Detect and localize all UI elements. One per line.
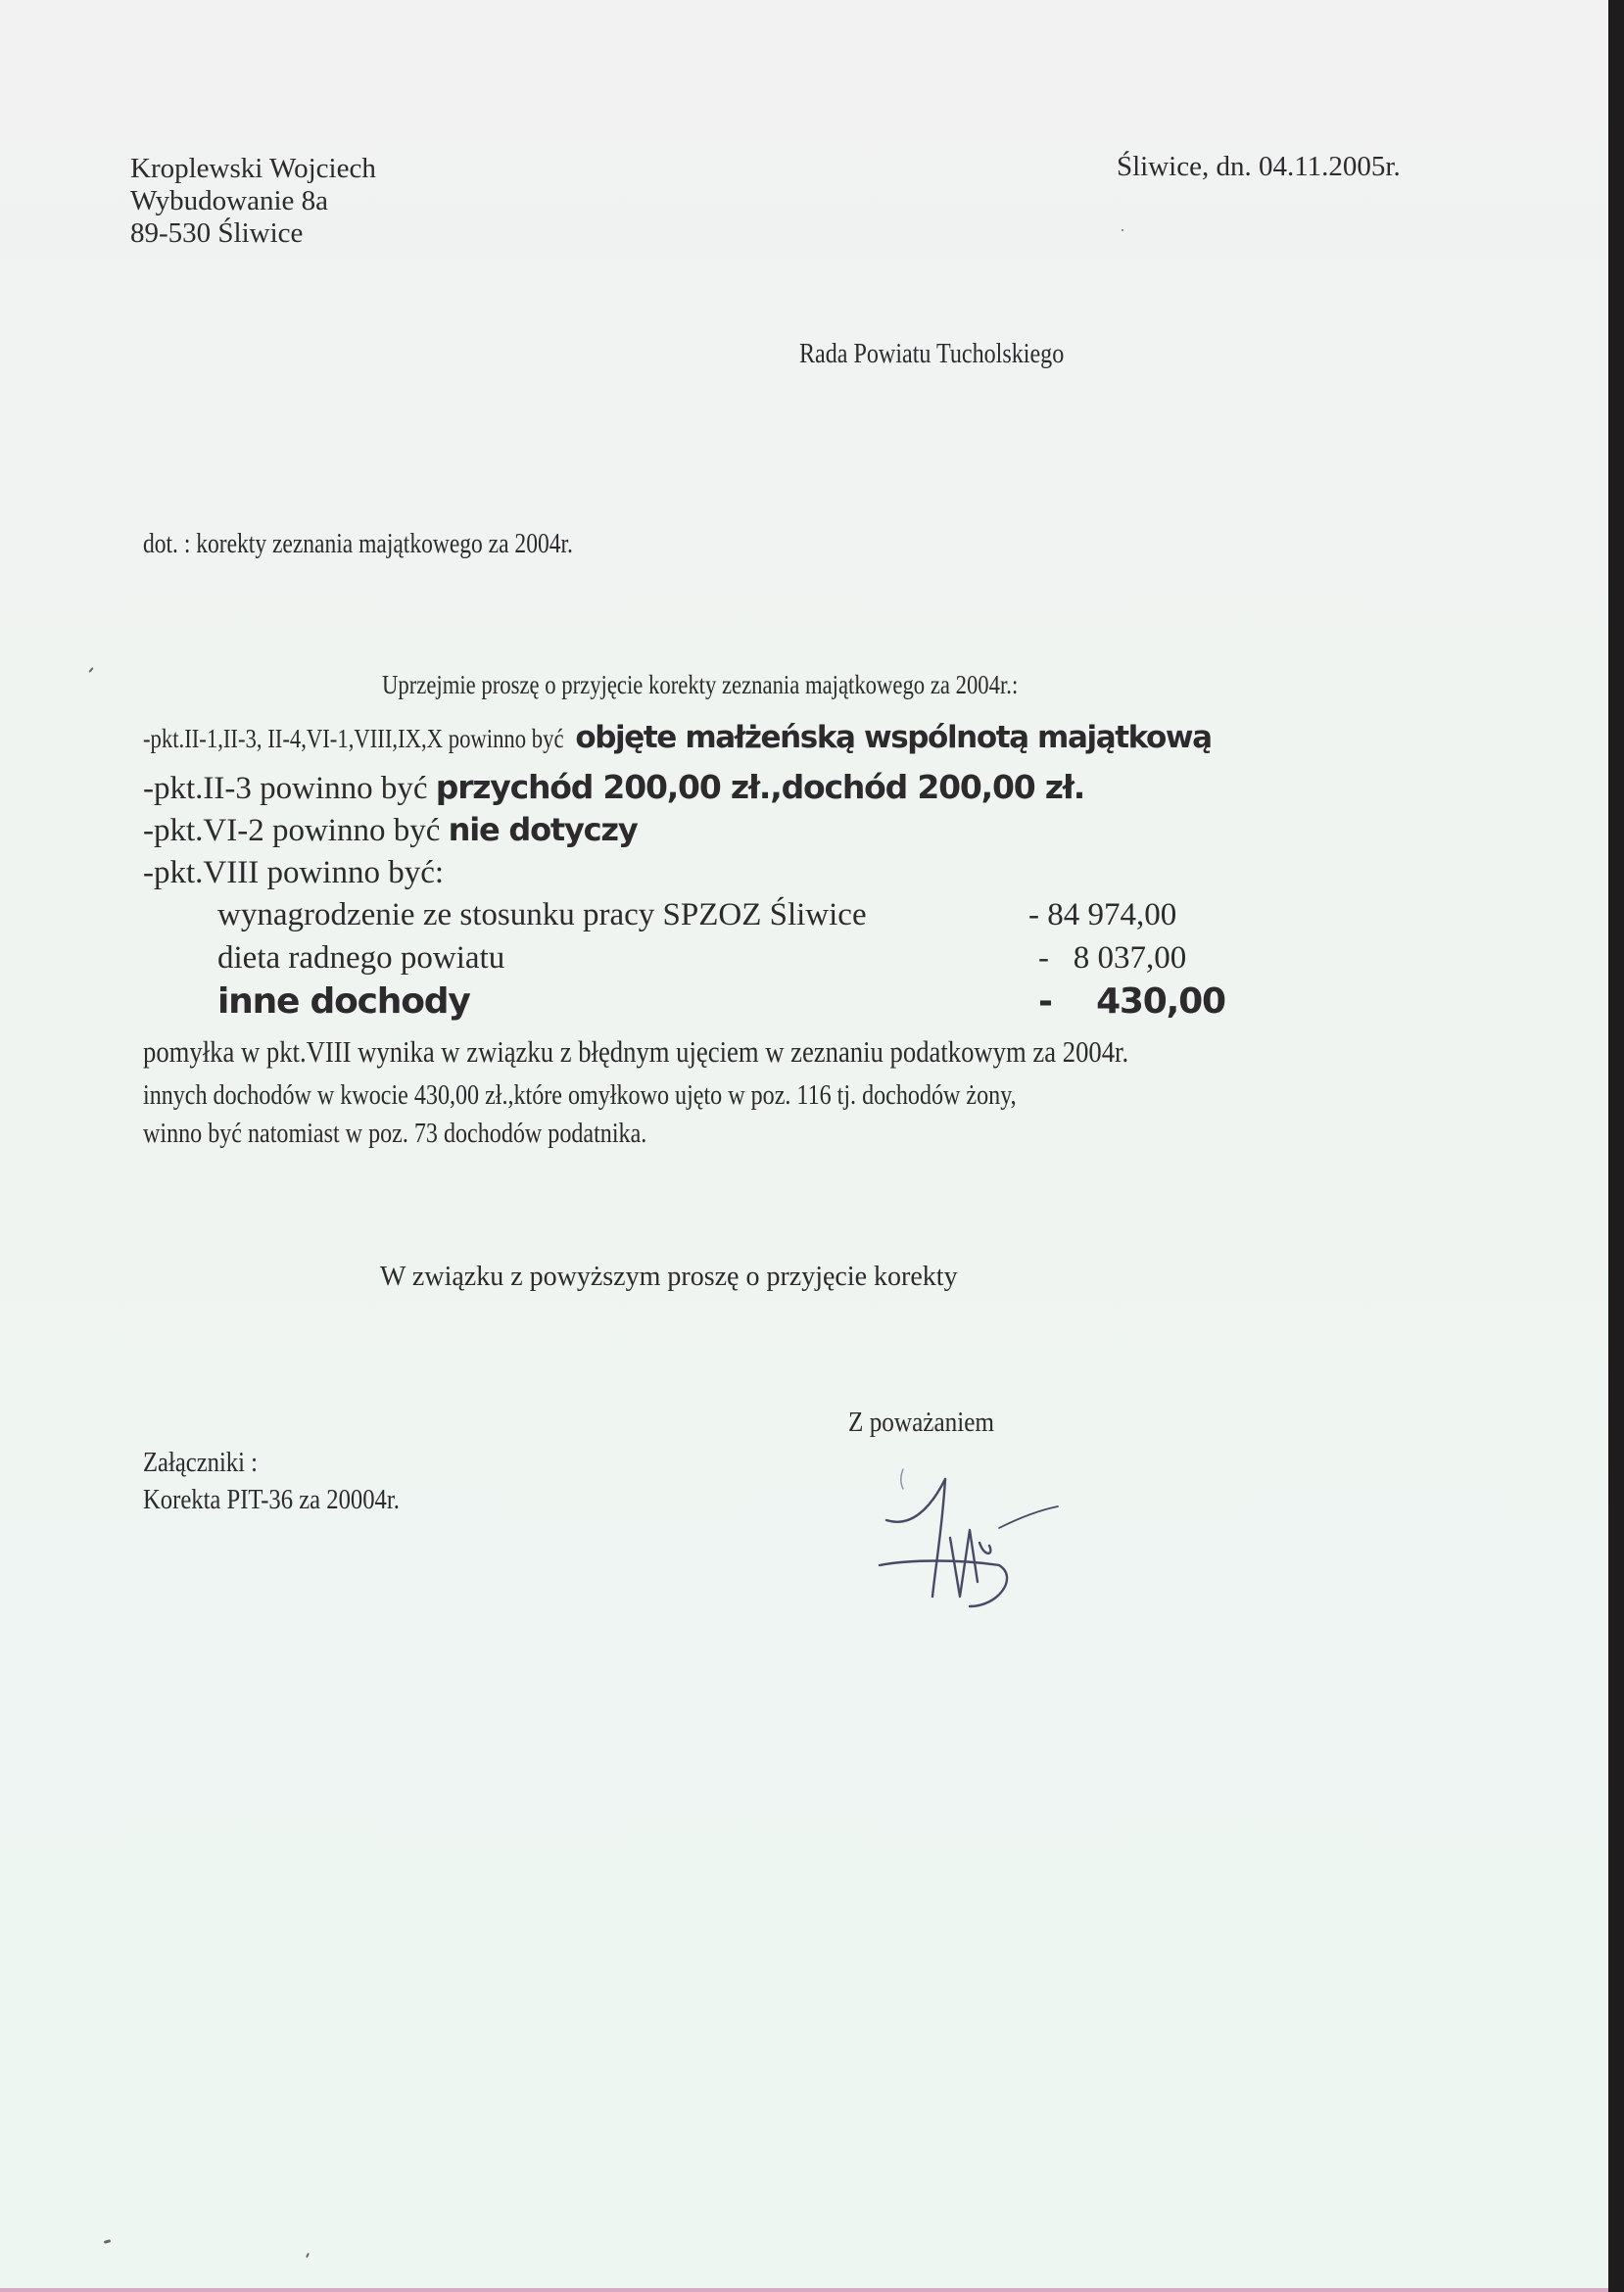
scan-edge [1608, 0, 1624, 2292]
recipient: Rada Powiatu Tucholskiego [799, 341, 1064, 368]
income-label: inne dochody [217, 984, 470, 1020]
correction-prefix: -pkt.VIII powinno być: [143, 855, 444, 890]
correction-item: -pkt.VI-2 powinno być nie dotyczy [143, 814, 638, 847]
scan-edge [0, 2288, 1608, 2292]
income-label: dieta radnego powiatu [217, 942, 504, 975]
scan-speck [88, 667, 93, 673]
explanation-line: pomyłka w pkt.VIII wynika w związku z bł… [143, 1036, 1128, 1067]
attachments-label: Załączniki : [143, 1450, 258, 1477]
body-intro: Uprzejmie proszę o przyjęcie korekty zez… [382, 672, 1018, 698]
income-label: wynagrodzenie ze stosunku pracy SPZOZ Śl… [217, 899, 867, 931]
correction-prefix: -pkt.II-3 powinno być [143, 771, 436, 806]
correction-prefix: -pkt.II-1,II-3, II-4,VI-1,VIII,IX,X powi… [143, 726, 564, 752]
signature-icon [852, 1450, 1087, 1616]
regards: Z poważaniem [848, 1409, 994, 1437]
sender-street: Wybudowanie 8a [130, 185, 376, 217]
scan-speck [1122, 229, 1123, 231]
sender-address: Kroplewski Wojciech Wybudowanie 8a 89-53… [130, 153, 376, 250]
sender-name: Kroplewski Wojciech [130, 153, 376, 185]
subject-line: dot. : korekty zeznania majątkowego za 2… [143, 531, 573, 558]
income-value: - 430,00 [1038, 984, 1225, 1020]
letter-page: Kroplewski Wojciech Wybudowanie 8a 89-53… [0, 0, 1608, 2292]
correction-item: -pkt.VIII powinno być: [143, 857, 444, 889]
correction-item: -pkt.II-3 powinno być przychód 200,00 zł… [143, 771, 1084, 805]
sender-postal-city: 89-530 Śliwice [130, 217, 376, 250]
correction-prefix: -pkt.VI-2 powinno być [143, 813, 449, 848]
closing-request: W związku z powyższym proszę o przyjęcie… [380, 1264, 958, 1291]
date-line: Śliwice, dn. 04.11.2005r. [1117, 153, 1401, 181]
scan-speck [104, 2239, 112, 2244]
explanation-line: innych dochodów w kwocie 430,00 zł.,któr… [143, 1082, 1017, 1110]
correction-emphasis: przychód 200,00 zł.,dochód 200,00 zł. [436, 768, 1084, 806]
correction-emphasis: objęte małżeńską wspólnotą majątkową [575, 720, 1211, 755]
correction-item: -pkt.II-1,II-3, II-4,VI-1,VIII,IX,X powi… [143, 723, 1212, 753]
correction-emphasis: nie dotyczy [449, 811, 638, 848]
income-value: - 84 974,00 [1028, 899, 1176, 931]
income-value: - 8 037,00 [1038, 942, 1186, 975]
attachment-item: Korekta PIT-36 za 20004r. [143, 1487, 400, 1514]
explanation-line: winno być natomiast w poz. 73 dochodów p… [143, 1121, 646, 1148]
scan-speck [306, 2253, 310, 2258]
